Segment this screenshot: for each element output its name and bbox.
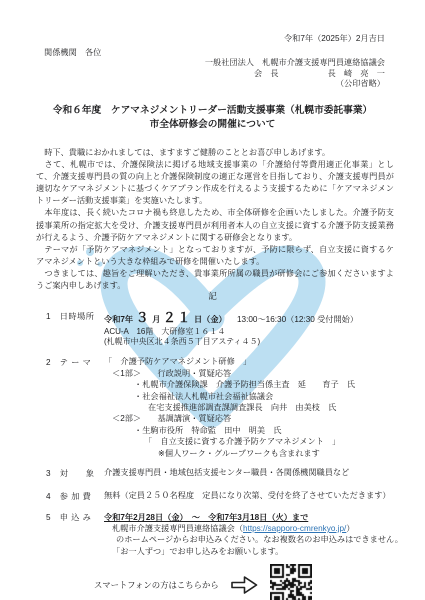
document-content: 令和7年（2025年）2月吉日 関係機関 各位 一般社団法人 札幌市介護支援専門… [0, 0, 425, 600]
ki-mark: 記 [0, 290, 425, 302]
right-arrow-icon [231, 575, 258, 595]
item-fee: 4 参 加 費 無料（定員２５０名程度 定員になり次第、受付を終了させていただき… [46, 491, 410, 502]
body-paragraph: 時下、貴職におかれましては、ますますご健勝のこととお喜び申しあげます。 [36, 147, 394, 159]
event-date-day-big: ３ [135, 310, 150, 325]
part2-note: ※個人ワーク・グループワークも含まれます [158, 449, 410, 459]
item-theme: 2 テ ー マ 「 介護予防ケアマネジメント研修 」 ＜1部＞ 行政説明・質疑応… [46, 357, 410, 459]
event-date-month: 月 [152, 315, 160, 324]
item-target: 3 対 象 介護支援専門員・地域包括支援センター職員・各関係機関職員など [46, 468, 410, 479]
notice-items: 1 日時場所 令和7年 ３ 月 ２１ 日（金） 13:00～16:30（12:3… [46, 311, 410, 600]
event-time: 13:00～16:30（12:30 受付開始） [237, 315, 358, 324]
theme-title: 「 介護予防ケアマネジメント研修 」 [104, 357, 410, 367]
event-date-tail: 日（金） [194, 315, 227, 324]
page-title-line2: 市全体研修会の開催について [0, 118, 425, 132]
item-label: 2 テ ー マ [46, 357, 104, 368]
page-title-line1: 令和６年度 ケアマネジメントリーダー活動支援事業（札幌市委託事業） [0, 104, 425, 118]
event-venue: ACU-A 16階 大研修室１６１４ [104, 327, 410, 337]
seal-note: （公印省略） [205, 79, 385, 90]
part1-speaker: ・社会福祉法人札幌市社会福祉協議会 [134, 392, 410, 402]
application-site-line: 札幌市介護支援専門員連絡協議会（https://sapporo-cmrenkyo… [112, 524, 410, 535]
page-title: 令和６年度 ケアマネジメントリーダー活動支援事業（札幌市委託事業） 市全体研修会… [0, 104, 425, 132]
application-note2: 「お一人ずつ」でお申し込みをお願いします。 [112, 547, 410, 558]
issue-date: 令和7年（2025年）2月吉日 [284, 33, 385, 44]
body-paragraph: さて、札幌市では、介護保険法に掲げる地域支援事業の「介護給付等費用適正化事業」と… [36, 159, 394, 207]
item-application: 5 申 込 み 令和7年2月28日（金） ～ 令和7年3月18日（火）まで 札幌… [46, 512, 410, 558]
application-url-link[interactable]: https://sapporo-cmrenkyo.jp/ [243, 524, 346, 533]
item-label: 4 参 加 費 [46, 491, 104, 502]
qr-code [270, 564, 312, 600]
item-label: 3 対 象 [46, 468, 104, 479]
addressee: 関係機関 各位 [44, 47, 101, 58]
part1-speaker-detail: 在宅支援推進部調査課調査課長 向井 由美枝 氏 [148, 403, 410, 413]
event-date-row: 令和7年 ３ 月 ２１ 日（金） 13:00～16:30（12:30 受付開始） [104, 311, 410, 327]
smartphone-apply-label: スマートフォンの方はこちらから [94, 579, 219, 591]
item-content: 令和7年 ３ 月 ２１ 日（金） 13:00～16:30（12:30 受付開始）… [104, 311, 410, 347]
item-content: 「 介護予防ケアマネジメント研修 」 ＜1部＞ 行政説明・質疑応答 ・札幌市介護… [104, 357, 410, 459]
issuer-org: 一般社団法人 札幌市介護支援専門員連絡協議会 [205, 58, 385, 69]
issuer-role-name: 会 長 長 崎 亮 一 [205, 69, 385, 80]
part2-speaker: ・生駒市役所 特命監 田中 明美 氏 [134, 426, 410, 436]
issuer-block: 一般社団法人 札幌市介護支援専門員連絡協議会 会 長 長 崎 亮 一 （公印省略… [205, 58, 385, 90]
item-content: 令和7年2月28日（金） ～ 令和7年3月18日（火）まで 札幌市介護支援専門員… [104, 512, 410, 558]
application-note1: のホームページからお申込みください。なお複数名のお申込みはできません。 [116, 535, 410, 546]
item-content: 介護支援専門員・地域包括支援センター職員・各関係機関職員など [104, 468, 410, 478]
body-paragraph: つきましては、趣旨をご理解いただき、貴事業所所属の職員が研修会にご参加くださいま… [36, 268, 394, 292]
body-paragraph: テーマが「予防ケアマネジメント」となっておりますが、予防に限らず、自立支援に資す… [36, 244, 394, 268]
part1-heading: ＜1部＞ 行政説明・質疑応答 [112, 369, 410, 379]
application-site-post: ） [346, 524, 354, 533]
event-venue-address: (札幌市中央区北４条西５丁目アスティ４５) [104, 337, 410, 347]
event-date-day-big: ２１ [163, 310, 192, 325]
part2-lecture-title: 「 自立支援に資する介護予防ケアマネジメント 」 [144, 437, 410, 447]
application-site-pre: 札幌市介護支援専門員連絡協議会（ [112, 524, 243, 533]
document-page: 令和7年（2025年）2月吉日 関係機関 各位 一般社団法人 札幌市介護支援専門… [0, 0, 425, 600]
item-label: 1 日時場所 [46, 311, 104, 322]
item-datetime-place: 1 日時場所 令和7年 ３ 月 ２１ 日（金） 13:00～16:30（12:3… [46, 311, 410, 347]
event-date-era: 令和7年 [104, 315, 133, 324]
item-content: 無料（定員２５０名程度 定員になり次第、受付を終了させていただきます） [104, 491, 410, 501]
smartphone-apply-row: スマートフォンの方はこちらから [94, 564, 410, 600]
letter-body: 時下、貴職におかれましては、ますますご健勝のこととお喜び申しあげます。 さて、札… [36, 147, 394, 292]
part1-speaker: ・札幌市介護保険課 介護予防担当係主査 延 育子 氏 [134, 380, 410, 390]
body-paragraph: 本年度は、長く続いたコロナ禍も終息したため、市全体研修を企画いたしました。介護予… [36, 207, 394, 243]
item-label: 5 申 込 み [46, 512, 104, 523]
part2-heading: ＜2部＞ 基調講演・質疑応答 [112, 414, 410, 424]
application-period: 令和7年2月28日（金） ～ 令和7年3月18日（火）まで [104, 512, 410, 523]
